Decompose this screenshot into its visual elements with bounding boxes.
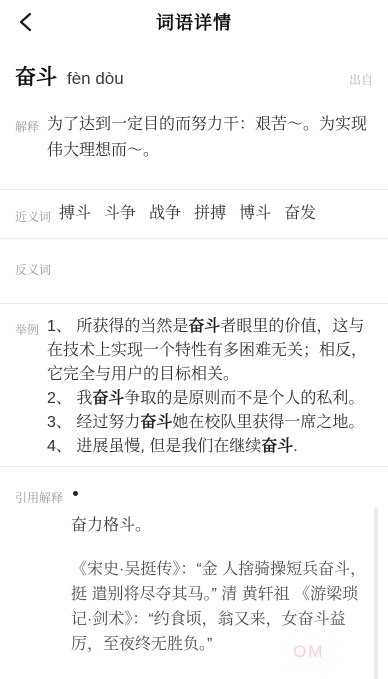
example-item: 2、 我奋斗争取的是原则而不是个人的私利。 xyxy=(47,387,373,411)
back-chevron-icon xyxy=(17,12,35,32)
synonym-item[interactable]: 搏斗 xyxy=(59,202,91,226)
citation-quote: 《宋史·吴挺传》：“金 人捨骑操短兵奋斗， 挺 遣别将尽夺其马。” 清 黄轩祖 … xyxy=(71,557,373,657)
citation-label: 引用解释 xyxy=(15,483,63,506)
source-link[interactable]: 出自 xyxy=(349,71,373,88)
word-row: 奋斗 fèn dòu 出自 xyxy=(0,44,388,104)
examples-label: 举例 xyxy=(15,315,39,338)
synonym-item[interactable]: 博斗 xyxy=(239,202,271,226)
word-pinyin: fèn dòu xyxy=(67,69,124,89)
back-button[interactable] xyxy=(10,6,42,38)
citation-gloss: 奋力格斗。 xyxy=(71,513,373,538)
section-citation: 引用解释 奋力格斗。 《宋史·吴挺传》：“金 人捨骑操短兵奋斗， 挺 遣别将尽夺… xyxy=(0,467,388,657)
section-examples: 举例 1、 所获得的当然是奋斗者眼里的价值，这与在技术上实现一个特性有多困难无关… xyxy=(0,304,388,466)
bullet-icon xyxy=(73,491,78,496)
word-detail-page: 词语详情 奋斗 fèn dòu 出自 解释 为了达到一定目的而努力干：艰苦～。为… xyxy=(0,0,388,679)
explain-label: 解释 xyxy=(15,112,39,135)
example-item: 1、 所获得的当然是奋斗者眼里的价值，这与在技术上实现一个特性有多困难无关；相反… xyxy=(47,315,373,387)
citation-content: 奋力格斗。 《宋史·吴挺传》：“金 人捨骑操短兵奋斗， 挺 遣别将尽夺其马。” … xyxy=(71,483,373,657)
scrollbar[interactable] xyxy=(374,508,378,679)
examples-list: 1、 所获得的当然是奋斗者眼里的价值，这与在技术上实现一个特性有多困难无关；相反… xyxy=(47,315,373,459)
header: 词语详情 xyxy=(0,0,388,44)
example-item: 3、 经过努力奋斗她在校队里获得一席之地。 xyxy=(47,411,373,435)
section-antonyms: 反义词 xyxy=(0,239,388,303)
synonym-item[interactable]: 斗争 xyxy=(104,202,136,226)
example-item: 4、 进展虽慢, 但是我们在继续奋斗. xyxy=(47,435,373,459)
explain-content: 为了达到一定目的而努力干：艰苦～。为实现伟大理想而～。 xyxy=(47,112,373,164)
synonym-item[interactable]: 战争 xyxy=(149,202,181,226)
section-explain: 解释 为了达到一定目的而努力干：艰苦～。为实现伟大理想而～。 xyxy=(0,104,388,189)
antonyms-label: 反义词 xyxy=(15,255,51,278)
section-synonyms: 近义词 搏斗斗争战争拼搏博斗奋发 xyxy=(0,190,388,238)
synonym-item[interactable]: 拼搏 xyxy=(194,202,226,226)
word-text: 奋斗 xyxy=(15,61,57,91)
synonyms-list: 搏斗斗争战争拼搏博斗奋发 xyxy=(59,202,373,226)
page-title: 词语详情 xyxy=(156,9,232,35)
synonyms-label: 近义词 xyxy=(15,202,51,225)
synonym-item[interactable]: 奋发 xyxy=(284,202,316,226)
